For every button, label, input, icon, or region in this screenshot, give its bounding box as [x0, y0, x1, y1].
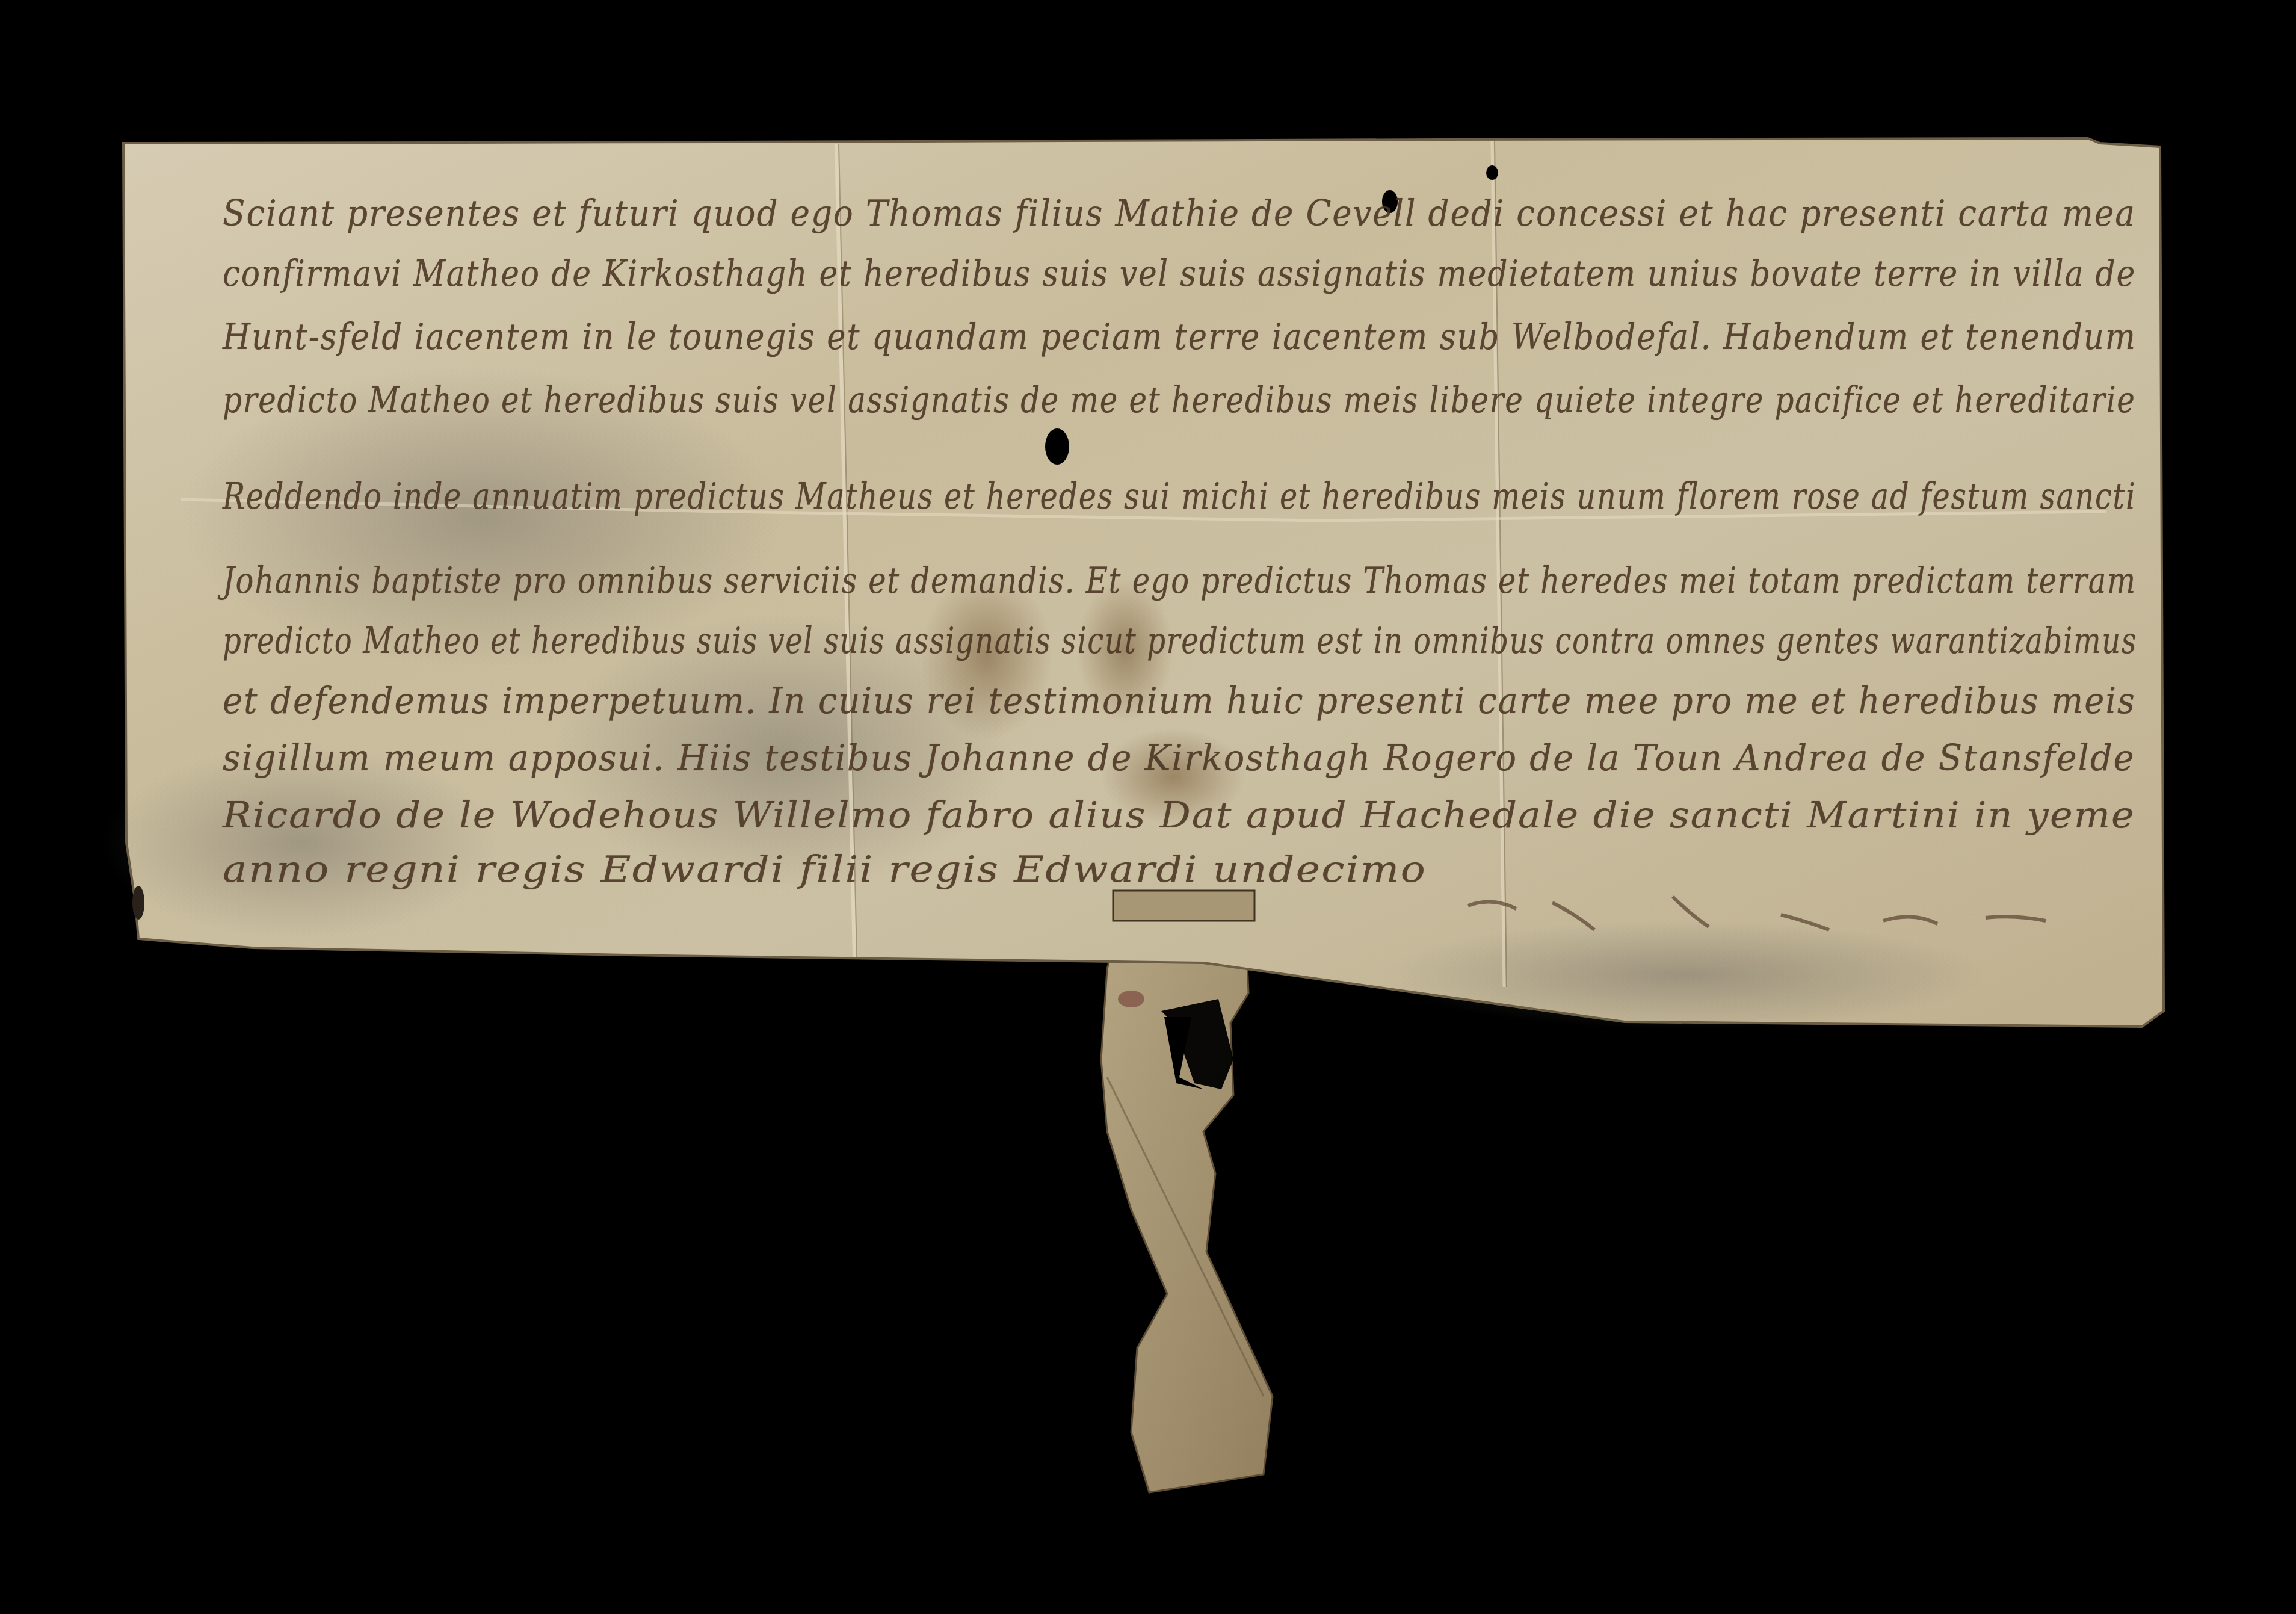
seal-tag — [1101, 921, 1273, 1492]
hole — [1486, 165, 1498, 180]
text-line-8: et defendemus imperpetuum. In cuius rei … — [223, 680, 2136, 722]
text-line-3: Hunt-sfeld iacentem in le tounegis et qu… — [223, 316, 2137, 358]
hole — [1045, 428, 1069, 465]
text-line-7: predicto Matheo et heredibus suis vel su… — [223, 620, 2137, 662]
text-line-6: Johannis baptiste pro omnibus serviciis … — [223, 560, 2137, 602]
text-line-1: Sciant presentes et futuri quod ego Thom… — [223, 193, 2136, 235]
text-line-5: Reddendo inde annuatim predictus Matheus… — [223, 475, 2136, 518]
text-line-10: Ricardo de le Wodehous Willelmo fabro al… — [223, 794, 2135, 836]
text-line-9: sigillum meum apposui. Hiis testibus Joh… — [223, 737, 2135, 779]
photo-background: Sciant presentes et futuri quod ego Thom… — [0, 0, 2296, 1614]
text-line-2: confirmavi Matheo de Kirkosthagh et here… — [223, 253, 2136, 295]
text-line-4: predicto Matheo et heredibus suis vel as… — [223, 379, 2136, 421]
text-line-11: anno regni regis Edwardi filii regis Edw… — [223, 849, 1427, 891]
